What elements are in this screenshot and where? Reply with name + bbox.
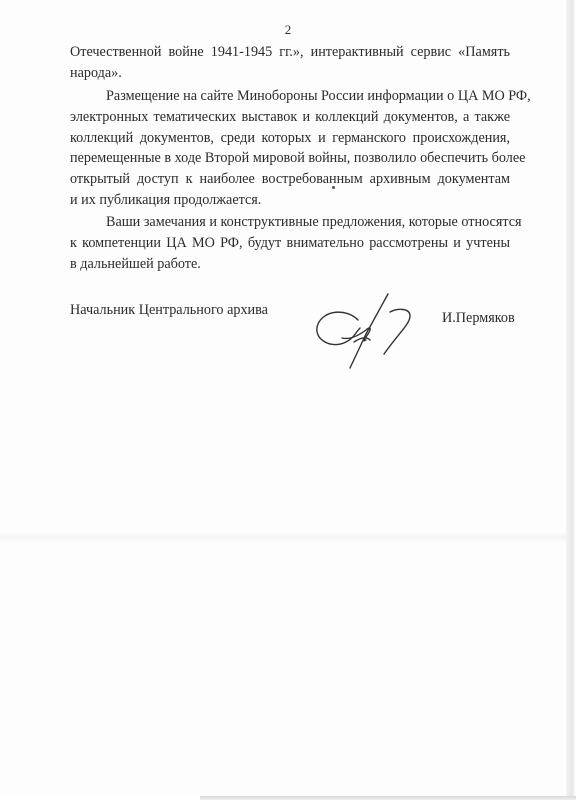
- paper-bottom-shadow: [200, 796, 576, 800]
- handwritten-signature-icon: [306, 282, 426, 372]
- paper-fold-line: [0, 532, 568, 542]
- text-line: электронных тематических выставок и колл…: [70, 107, 510, 128]
- text-line: открытый доступ к наиболее востребованны…: [70, 169, 510, 190]
- text-line: в дальнейшей работе.: [70, 254, 510, 275]
- text-line: народа».: [70, 63, 510, 84]
- document-page: 2 Отечественной войне 1941-1945 гг.», ин…: [0, 0, 568, 796]
- text-line: коллекций документов, среди которых и ге…: [70, 128, 510, 149]
- page-number: 2: [0, 22, 576, 38]
- text-line: Отечественной войне 1941-1945 гг.», инте…: [70, 42, 510, 63]
- stray-mark: [332, 186, 335, 189]
- text-line: к компетенции ЦА МО РФ, будут внимательн…: [70, 233, 510, 254]
- signatory-name: И.Пермяков: [442, 310, 515, 327]
- text-line: Размещение на сайте Минобороны России ин…: [70, 86, 510, 107]
- paragraph-website-info: Размещение на сайте Минобороны России ин…: [70, 86, 510, 211]
- paragraph-continuation: Отечественной войне 1941-1945 гг.», инте…: [70, 42, 510, 84]
- text-line: перемещенные в ходе Второй мировой войны…: [70, 148, 510, 169]
- text-line: и их публикация продолжается.: [70, 190, 510, 211]
- paragraph-feedback: Ваши замечания и конструктивные предложе…: [70, 212, 510, 274]
- paper-edge-shadow: [566, 0, 576, 800]
- text-line: Ваши замечания и конструктивные предложе…: [70, 212, 510, 233]
- signatory-title: Начальник Центрального архива: [70, 302, 268, 319]
